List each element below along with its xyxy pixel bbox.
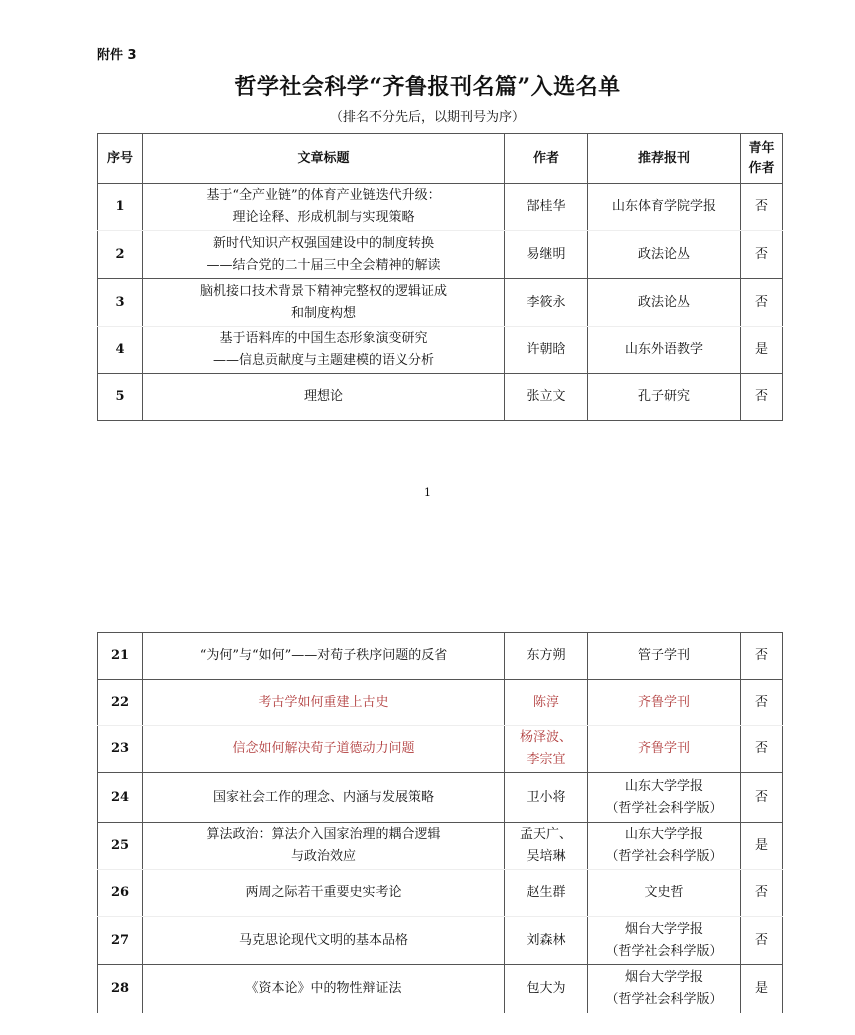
article-title: 信念如何解决荀子道德动力问题 bbox=[143, 726, 505, 773]
young-author-flag: 否 bbox=[741, 374, 783, 421]
article-title-line: ——信息贡献度与主题建模的语义分析 bbox=[145, 350, 502, 372]
article-title-line: 马克思论现代文明的基本品格 bbox=[145, 930, 502, 952]
author-line: 易继明 bbox=[507, 244, 585, 266]
article-title-line: 两周之际若干重要史实考论 bbox=[145, 882, 502, 904]
journal-line: 齐鲁学刊 bbox=[590, 738, 738, 760]
row-number: 21 bbox=[98, 633, 143, 680]
row-number: 1 bbox=[98, 184, 143, 231]
table-row: 2新时代知识产权强国建设中的制度转换——结合党的二十届三中全会精神的解读易继明政… bbox=[98, 231, 783, 279]
journal: 齐鲁学刊 bbox=[588, 726, 741, 773]
journal-line: 政法论丛 bbox=[590, 292, 738, 314]
young-author-flag: 否 bbox=[741, 917, 783, 965]
young-author-flag: 否 bbox=[741, 870, 783, 917]
row-number: 25 bbox=[98, 823, 143, 870]
article-title: 马克思论现代文明的基本品格 bbox=[143, 917, 505, 965]
journal-line: （哲学社会科学版） bbox=[590, 941, 738, 963]
author-line: 包大为 bbox=[507, 978, 585, 1000]
author: 孟天广、吴培琳 bbox=[505, 823, 588, 870]
author: 赵生群 bbox=[505, 870, 588, 917]
journal-line: 山东大学学报 bbox=[590, 776, 738, 798]
young-author-flag: 否 bbox=[741, 773, 783, 823]
young-author-flag: 否 bbox=[741, 680, 783, 726]
author-line: 东方朔 bbox=[507, 645, 585, 667]
author-line: 李筱永 bbox=[507, 292, 585, 314]
article-title: 考古学如何重建上古史 bbox=[143, 680, 505, 726]
document-subtitle: （排名不分先后，以期刊号为序） bbox=[0, 106, 855, 125]
article-title-line: 算法政治：算法介入国家治理的耦合逻辑 bbox=[145, 824, 502, 846]
journal-line: 管子学刊 bbox=[590, 645, 738, 667]
journal-line: 政法论丛 bbox=[590, 244, 738, 266]
article-title-line: 理想论 bbox=[145, 386, 502, 408]
row-number: 4 bbox=[98, 327, 143, 374]
author-line: 赵生群 bbox=[507, 882, 585, 904]
journal: 孔子研究 bbox=[588, 374, 741, 421]
col-header-number: 序号 bbox=[98, 134, 143, 184]
row-number: 24 bbox=[98, 773, 143, 823]
article-title-line: ——结合党的二十届三中全会精神的解读 bbox=[145, 255, 502, 277]
author-line: 卫小将 bbox=[507, 787, 585, 809]
article-title: 基于“全产业链”的体育产业链迭代升级：理论诠释、形成机制与实现策略 bbox=[143, 184, 505, 231]
row-number: 3 bbox=[98, 279, 143, 327]
article-title: 《资本论》中的物性辩证法 bbox=[143, 965, 505, 1013]
author-line: 郜桂华 bbox=[507, 196, 585, 218]
table-row: 21“为何”与“如何”——对荀子秩序问题的反省东方朔管子学刊否 bbox=[98, 633, 783, 680]
journal-line: 山东外语教学 bbox=[590, 339, 738, 361]
table-row: 4基于语料库的中国生态形象演变研究——信息贡献度与主题建模的语义分析许朝晗山东外… bbox=[98, 327, 783, 374]
journal-line: 齐鲁学刊 bbox=[590, 692, 738, 714]
journal-line: （哲学社会科学版） bbox=[590, 846, 738, 868]
young-author-flag: 否 bbox=[741, 633, 783, 680]
article-title: “为何”与“如何”——对荀子秩序问题的反省 bbox=[143, 633, 505, 680]
young-author-flag: 否 bbox=[741, 231, 783, 279]
row-number: 22 bbox=[98, 680, 143, 726]
col-header-journal: 推荐报刊 bbox=[588, 134, 741, 184]
article-title: 算法政治：算法介入国家治理的耦合逻辑与政治效应 bbox=[143, 823, 505, 870]
article-title: 基于语料库的中国生态形象演变研究——信息贡献度与主题建模的语义分析 bbox=[143, 327, 505, 374]
document-title: 哲学社会科学“齐鲁报刊名篇”入选名单 bbox=[0, 70, 855, 101]
row-number: 5 bbox=[98, 374, 143, 421]
author-line: 刘森林 bbox=[507, 930, 585, 952]
author: 郜桂华 bbox=[505, 184, 588, 231]
article-title-line: 信念如何解决荀子道德动力问题 bbox=[145, 738, 502, 760]
journal: 烟台大学学报（哲学社会科学版） bbox=[588, 965, 741, 1013]
author: 易继明 bbox=[505, 231, 588, 279]
author: 杨泽波、李宗宜 bbox=[505, 726, 588, 773]
col-header-author: 作者 bbox=[505, 134, 588, 184]
young-author-flag: 否 bbox=[741, 279, 783, 327]
young-author-flag: 否 bbox=[741, 726, 783, 773]
article-title: 脑机接口技术背景下精神完整权的逻辑证成和制度构想 bbox=[143, 279, 505, 327]
author-line: 孟天广、 bbox=[507, 824, 585, 846]
young-author-flag: 是 bbox=[741, 823, 783, 870]
table-row: 26两周之际若干重要史实考论赵生群文史哲否 bbox=[98, 870, 783, 917]
table-row: 25算法政治：算法介入国家治理的耦合逻辑与政治效应孟天广、吴培琳山东大学学报（哲… bbox=[98, 823, 783, 870]
row-number: 27 bbox=[98, 917, 143, 965]
author: 包大为 bbox=[505, 965, 588, 1013]
selection-table-page1: 序号 文章标题 作者 推荐报刊 青年作者 1基于“全产业链”的体育产业链迭代升级… bbox=[97, 133, 783, 421]
author: 张立文 bbox=[505, 374, 588, 421]
young-author-flag: 否 bbox=[741, 184, 783, 231]
row-number: 2 bbox=[98, 231, 143, 279]
table-row: 28《资本论》中的物性辩证法包大为烟台大学学报（哲学社会科学版）是 bbox=[98, 965, 783, 1013]
journal: 山东外语教学 bbox=[588, 327, 741, 374]
journal-line: 文史哲 bbox=[590, 882, 738, 904]
article-title-line: 脑机接口技术背景下精神完整权的逻辑证成 bbox=[145, 281, 502, 303]
young-author-flag: 是 bbox=[741, 965, 783, 1013]
journal: 山东体育学院学报 bbox=[588, 184, 741, 231]
table-row: 1基于“全产业链”的体育产业链迭代升级：理论诠释、形成机制与实现策略郜桂华山东体… bbox=[98, 184, 783, 231]
author: 许朝晗 bbox=[505, 327, 588, 374]
journal: 山东大学学报（哲学社会科学版） bbox=[588, 823, 741, 870]
author-line: 李宗宜 bbox=[507, 749, 585, 771]
author: 李筱永 bbox=[505, 279, 588, 327]
journal: 烟台大学学报（哲学社会科学版） bbox=[588, 917, 741, 965]
journal: 管子学刊 bbox=[588, 633, 741, 680]
article-title-line: 基于“全产业链”的体育产业链迭代升级： bbox=[145, 185, 502, 207]
row-number: 23 bbox=[98, 726, 143, 773]
article-title-line: 基于语料库的中国生态形象演变研究 bbox=[145, 328, 502, 350]
journal: 山东大学学报（哲学社会科学版） bbox=[588, 773, 741, 823]
author-line: 许朝晗 bbox=[507, 339, 585, 361]
journal-line: 烟台大学学报 bbox=[590, 919, 738, 941]
article-title-line: 考古学如何重建上古史 bbox=[145, 692, 502, 714]
journal-line: 山东体育学院学报 bbox=[590, 196, 738, 218]
article-title: 新时代知识产权强国建设中的制度转换——结合党的二十届三中全会精神的解读 bbox=[143, 231, 505, 279]
author-line: 张立文 bbox=[507, 386, 585, 408]
table-row: 22考古学如何重建上古史陈淳齐鲁学刊否 bbox=[98, 680, 783, 726]
article-title: 两周之际若干重要史实考论 bbox=[143, 870, 505, 917]
journal-line: 孔子研究 bbox=[590, 386, 738, 408]
author-line: 吴培琳 bbox=[507, 846, 585, 868]
article-title-line: “为何”与“如何”——对荀子秩序问题的反省 bbox=[145, 645, 502, 667]
table-row: 27马克思论现代文明的基本品格刘森林烟台大学学报（哲学社会科学版）否 bbox=[98, 917, 783, 965]
selection-table-page2: 21“为何”与“如何”——对荀子秩序问题的反省东方朔管子学刊否22考古学如何重建… bbox=[97, 632, 783, 1013]
table-row: 23信念如何解决荀子道德动力问题杨泽波、李宗宜齐鲁学刊否 bbox=[98, 726, 783, 773]
article-title: 理想论 bbox=[143, 374, 505, 421]
author: 陈淳 bbox=[505, 680, 588, 726]
table-row: 3脑机接口技术背景下精神完整权的逻辑证成和制度构想李筱永政法论丛否 bbox=[98, 279, 783, 327]
article-title-line: 与政治效应 bbox=[145, 846, 502, 868]
author: 卫小将 bbox=[505, 773, 588, 823]
author-line: 陈淳 bbox=[507, 692, 585, 714]
col-header-title: 文章标题 bbox=[143, 134, 505, 184]
article-title-line: 国家社会工作的理念、内涵与发展策略 bbox=[145, 787, 502, 809]
journal-line: 山东大学学报 bbox=[590, 824, 738, 846]
author: 东方朔 bbox=[505, 633, 588, 680]
page-number: 1 bbox=[0, 486, 855, 499]
article-title-line: 《资本论》中的物性辩证法 bbox=[145, 978, 502, 1000]
journal-line: 烟台大学学报 bbox=[590, 967, 738, 989]
young-author-flag: 是 bbox=[741, 327, 783, 374]
article-title: 国家社会工作的理念、内涵与发展策略 bbox=[143, 773, 505, 823]
journal: 文史哲 bbox=[588, 870, 741, 917]
author-line: 杨泽波、 bbox=[507, 727, 585, 749]
journal-line: （哲学社会科学版） bbox=[590, 798, 738, 820]
article-title-line: 新时代知识产权强国建设中的制度转换 bbox=[145, 233, 502, 255]
col-header-young-author: 青年作者 bbox=[741, 134, 783, 184]
row-number: 26 bbox=[98, 870, 143, 917]
article-title-line: 理论诠释、形成机制与实现策略 bbox=[145, 207, 502, 229]
row-number: 28 bbox=[98, 965, 143, 1013]
article-title-line: 和制度构想 bbox=[145, 303, 502, 325]
table-row: 24国家社会工作的理念、内涵与发展策略卫小将山东大学学报（哲学社会科学版）否 bbox=[98, 773, 783, 823]
journal: 政法论丛 bbox=[588, 231, 741, 279]
journal: 齐鲁学刊 bbox=[588, 680, 741, 726]
attachment-label: 附件 3 bbox=[97, 44, 137, 63]
author: 刘森林 bbox=[505, 917, 588, 965]
table-row: 5理想论张立文孔子研究否 bbox=[98, 374, 783, 421]
journal-line: （哲学社会科学版） bbox=[590, 989, 738, 1011]
journal: 政法论丛 bbox=[588, 279, 741, 327]
